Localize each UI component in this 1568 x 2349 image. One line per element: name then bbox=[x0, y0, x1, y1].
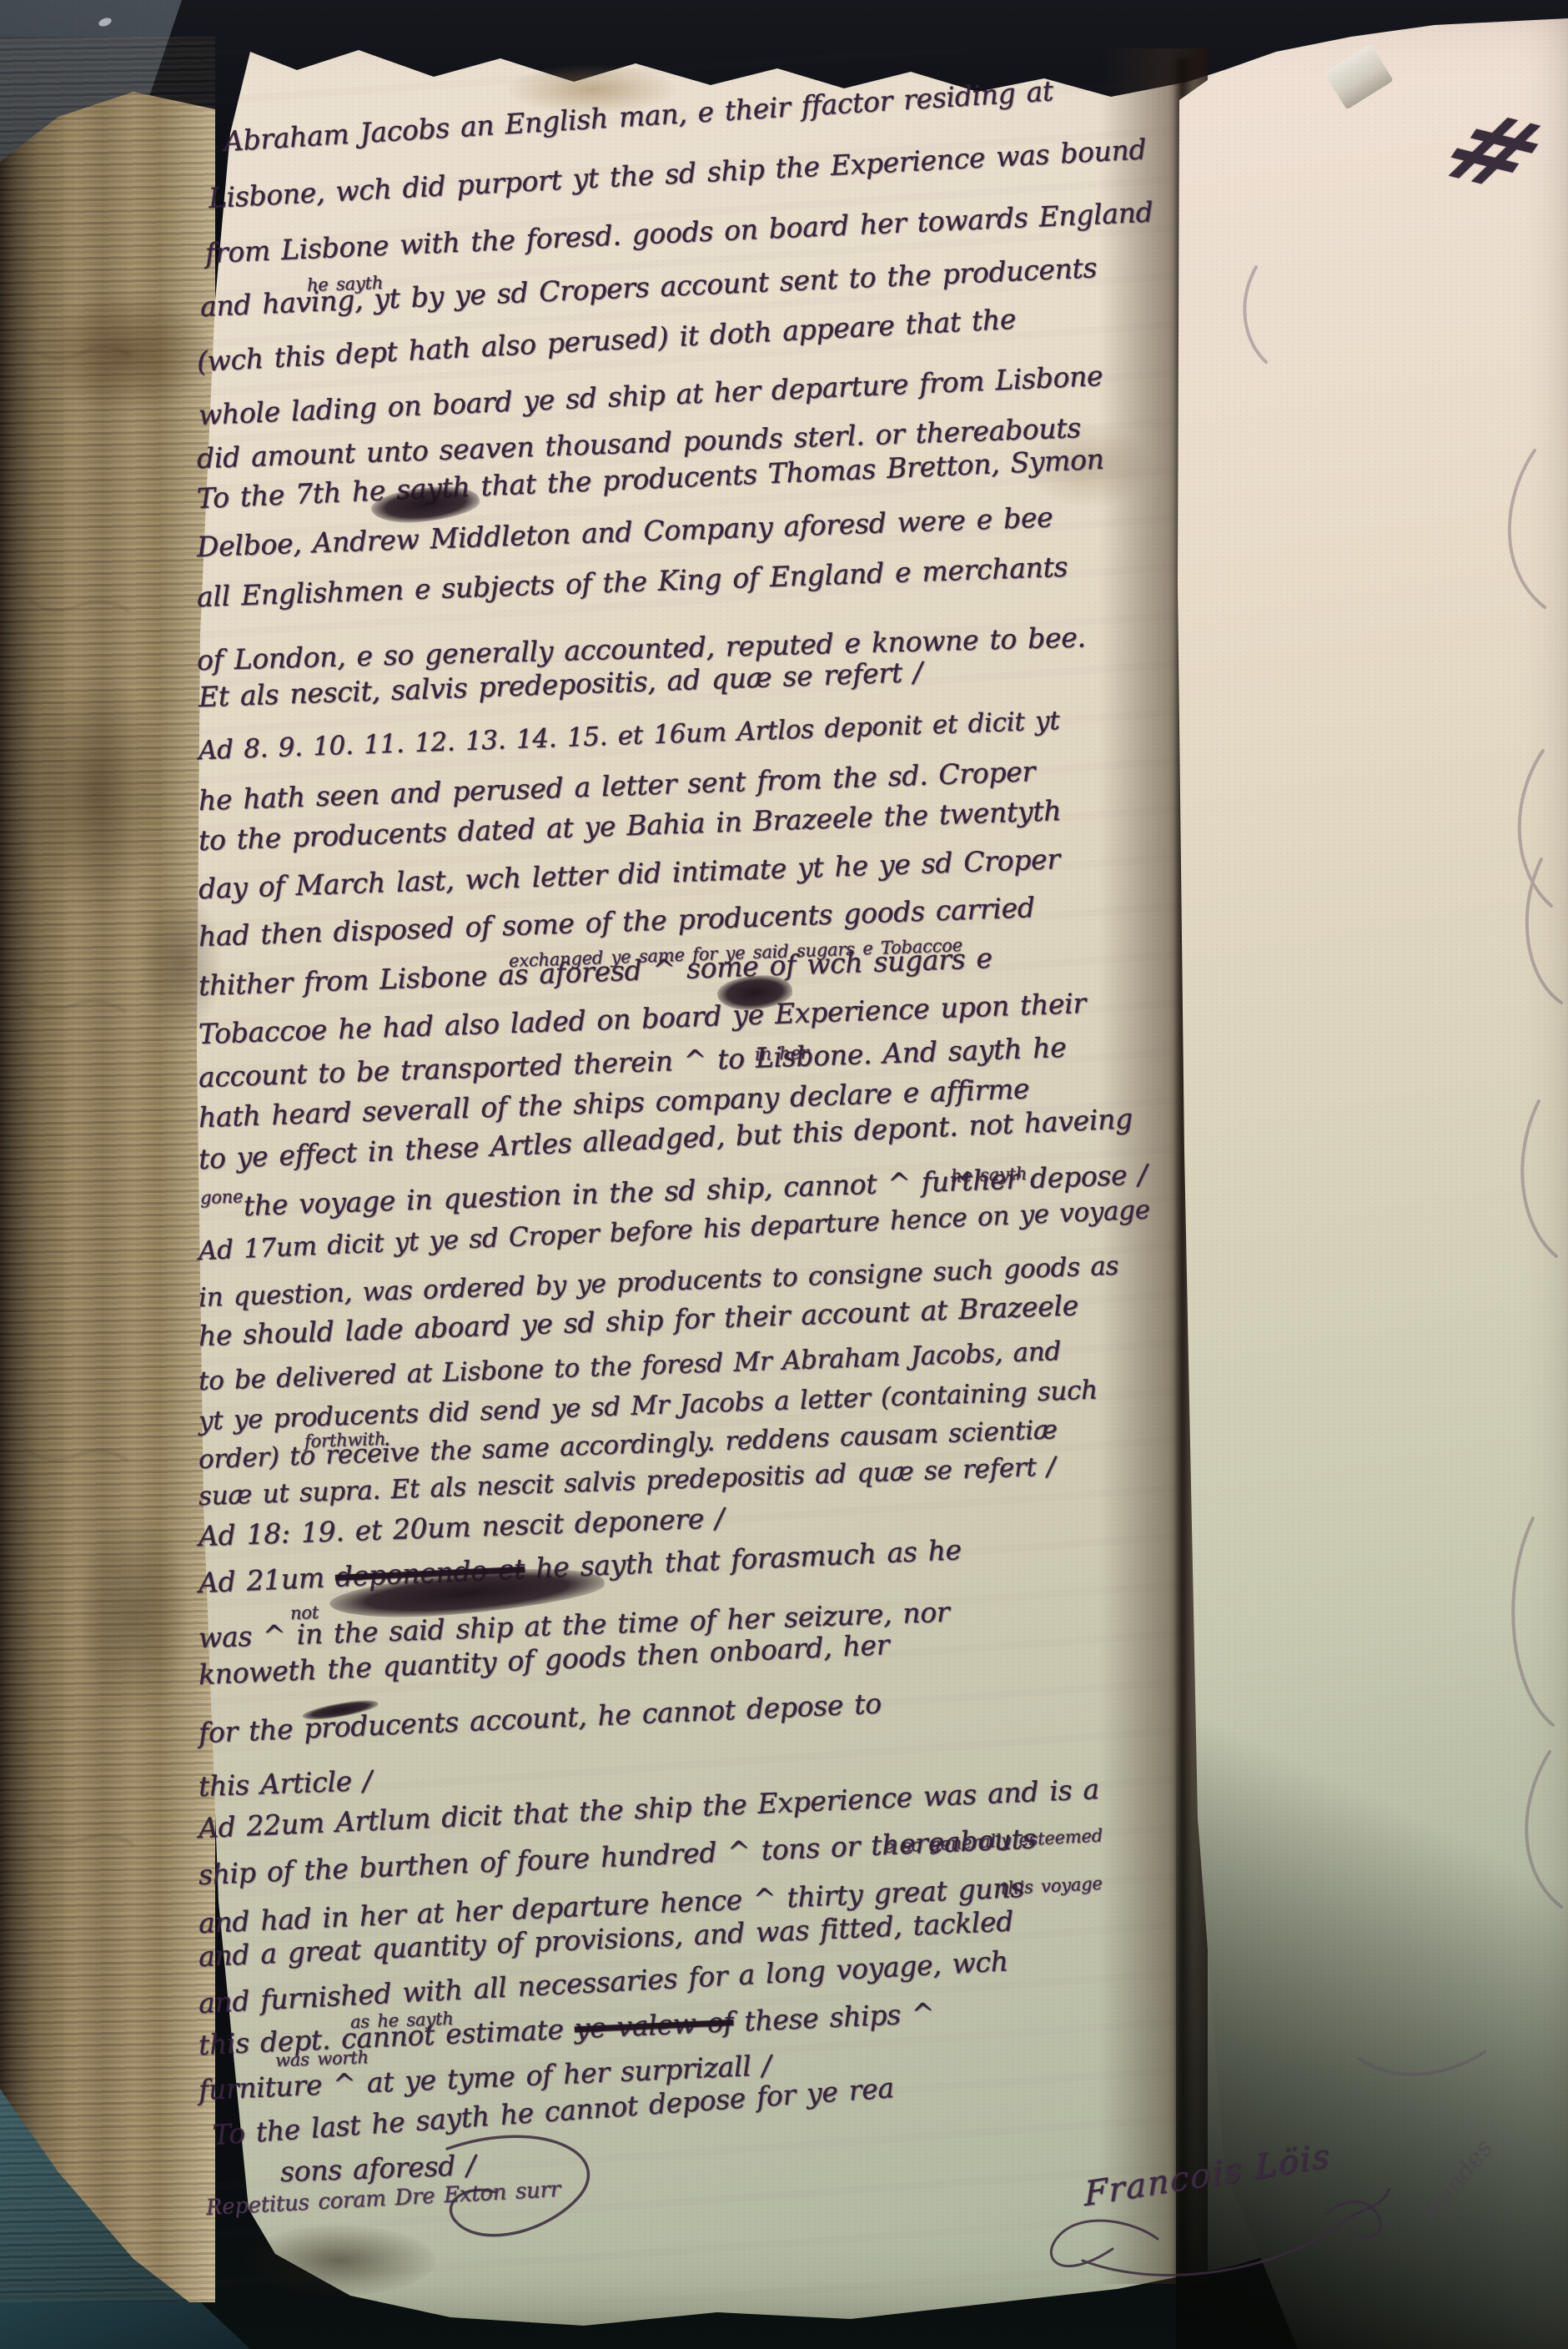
line-text: Ad 21um bbox=[198, 1561, 336, 1599]
line-text: this Article / bbox=[198, 1764, 372, 1803]
line-text: gone bbox=[200, 1186, 244, 1208]
fore-edge-showthrough bbox=[0, 250, 183, 2085]
showthrough-flourishes bbox=[1184, 167, 1568, 2085]
manuscript-line: this Article / bbox=[198, 1764, 372, 1803]
signature-flourish bbox=[1033, 2169, 1400, 2302]
interlinear-insertion: gone bbox=[200, 1186, 244, 1208]
struck-text: ye valew of bbox=[574, 2005, 734, 2045]
manuscript-photo: # Abraham Jacobs an English man, e their… bbox=[0, 0, 1568, 2349]
pen-flourish bbox=[434, 2125, 667, 2276]
